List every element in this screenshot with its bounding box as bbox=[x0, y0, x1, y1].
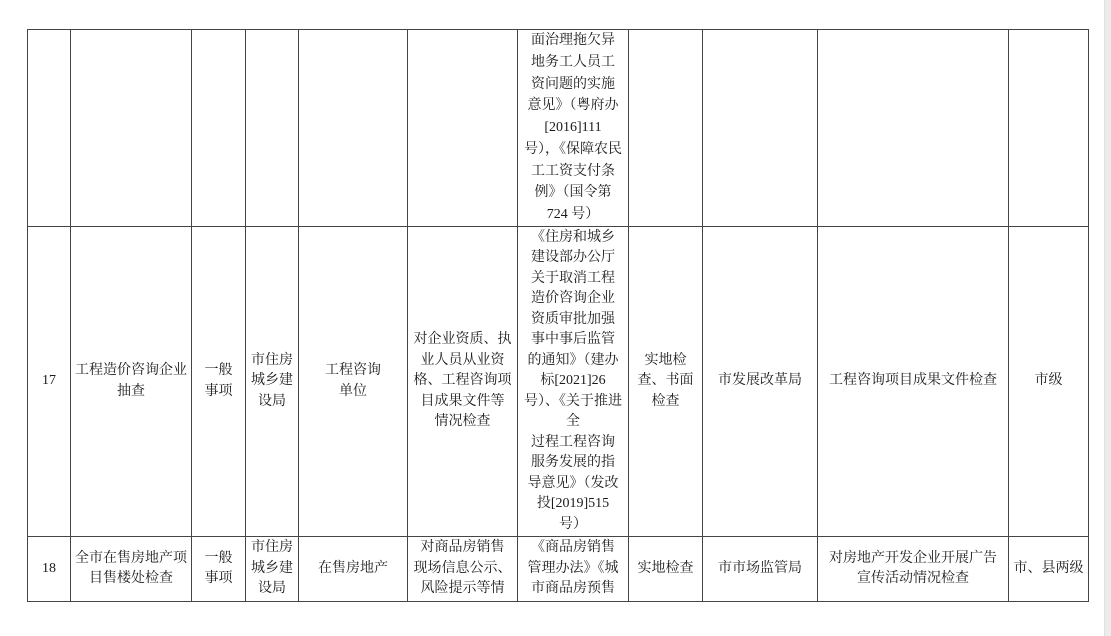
cell-inspection-content: 对商品房销售 现场信息公示、 风险提示等情 bbox=[408, 537, 518, 602]
cell-legal-basis: 《商品房销售 管理办法》《城 市商品房预售 bbox=[518, 537, 629, 602]
cell-inspection-content: 对企业资质、执 业人员从业资 格、工程咨询项 目成果文件等 情况检查 bbox=[408, 227, 518, 537]
cell-item-type: 一般 事项 bbox=[192, 227, 246, 537]
cell-joint-department: 市市场监管局 bbox=[703, 537, 818, 602]
cell-inspection-content bbox=[408, 30, 518, 227]
cell-legal-basis: 面治理拖欠异 地务工人员工 资问题的实施 意见》（粤府办 [2016]111 号… bbox=[518, 30, 629, 227]
cell-inspection-target: 工程咨询 单位 bbox=[299, 227, 408, 537]
cell-inspection-level bbox=[1009, 30, 1089, 227]
viewer-right-edge bbox=[1104, 0, 1111, 636]
cell-item-name bbox=[71, 30, 192, 227]
cell-implementing-agency bbox=[246, 30, 299, 227]
cell-joint-department bbox=[703, 30, 818, 227]
cell-inspection-target: 在售房地产 bbox=[299, 537, 408, 602]
cell-joint-content: 对房地产开发企业开展广告 宣传活动情况检查 bbox=[818, 537, 1009, 602]
cell-item-name: 全市在售房地产项 目售楼处检查 bbox=[71, 537, 192, 602]
document-page: 面治理拖欠异 地务工人员工 资问题的实施 意见》（粤府办 [2016]111 号… bbox=[0, 0, 1111, 636]
table-row-16-continued: 面治理拖欠异 地务工人员工 资问题的实施 意见》（粤府办 [2016]111 号… bbox=[28, 30, 1089, 227]
cell-inspection-target bbox=[299, 30, 408, 227]
table-row-18: 18 全市在售房地产项 目售楼处检查 一般 事项 市住房 城乡建 设局 在售房地… bbox=[28, 537, 1089, 602]
cell-implementing-agency: 市住房 城乡建 设局 bbox=[246, 537, 299, 602]
cell-item-name: 工程造价咨询企业 抽查 bbox=[71, 227, 192, 537]
cell-legal-basis: 《住房和城乡 建设部办公厅 关于取消工程 造价咨询企业 资质审批加强 事中事后监… bbox=[518, 227, 629, 537]
cell-seq: 17 bbox=[28, 227, 71, 537]
cell-joint-content: 工程咨询项目成果文件检查 bbox=[818, 227, 1009, 537]
table-row-17: 17 工程造价咨询企业 抽查 一般 事项 市住房 城乡建 设局 工程咨询 单位 … bbox=[28, 227, 1089, 537]
cell-inspection-method bbox=[629, 30, 703, 227]
inspection-items-table: 面治理拖欠异 地务工人员工 资问题的实施 意见》（粤府办 [2016]111 号… bbox=[27, 29, 1089, 602]
cell-inspection-level: 市、县两级 bbox=[1009, 537, 1089, 602]
cell-inspection-method: 实地检 查、书面 检查 bbox=[629, 227, 703, 537]
cell-seq: 18 bbox=[28, 537, 71, 602]
cell-implementing-agency: 市住房 城乡建 设局 bbox=[246, 227, 299, 537]
cell-inspection-method: 实地检查 bbox=[629, 537, 703, 602]
cell-seq bbox=[28, 30, 71, 227]
cell-inspection-level: 市级 bbox=[1009, 227, 1089, 537]
cell-item-type: 一般 事项 bbox=[192, 537, 246, 602]
cell-joint-department: 市发展改革局 bbox=[703, 227, 818, 537]
cell-item-type bbox=[192, 30, 246, 227]
cell-joint-content bbox=[818, 30, 1009, 227]
